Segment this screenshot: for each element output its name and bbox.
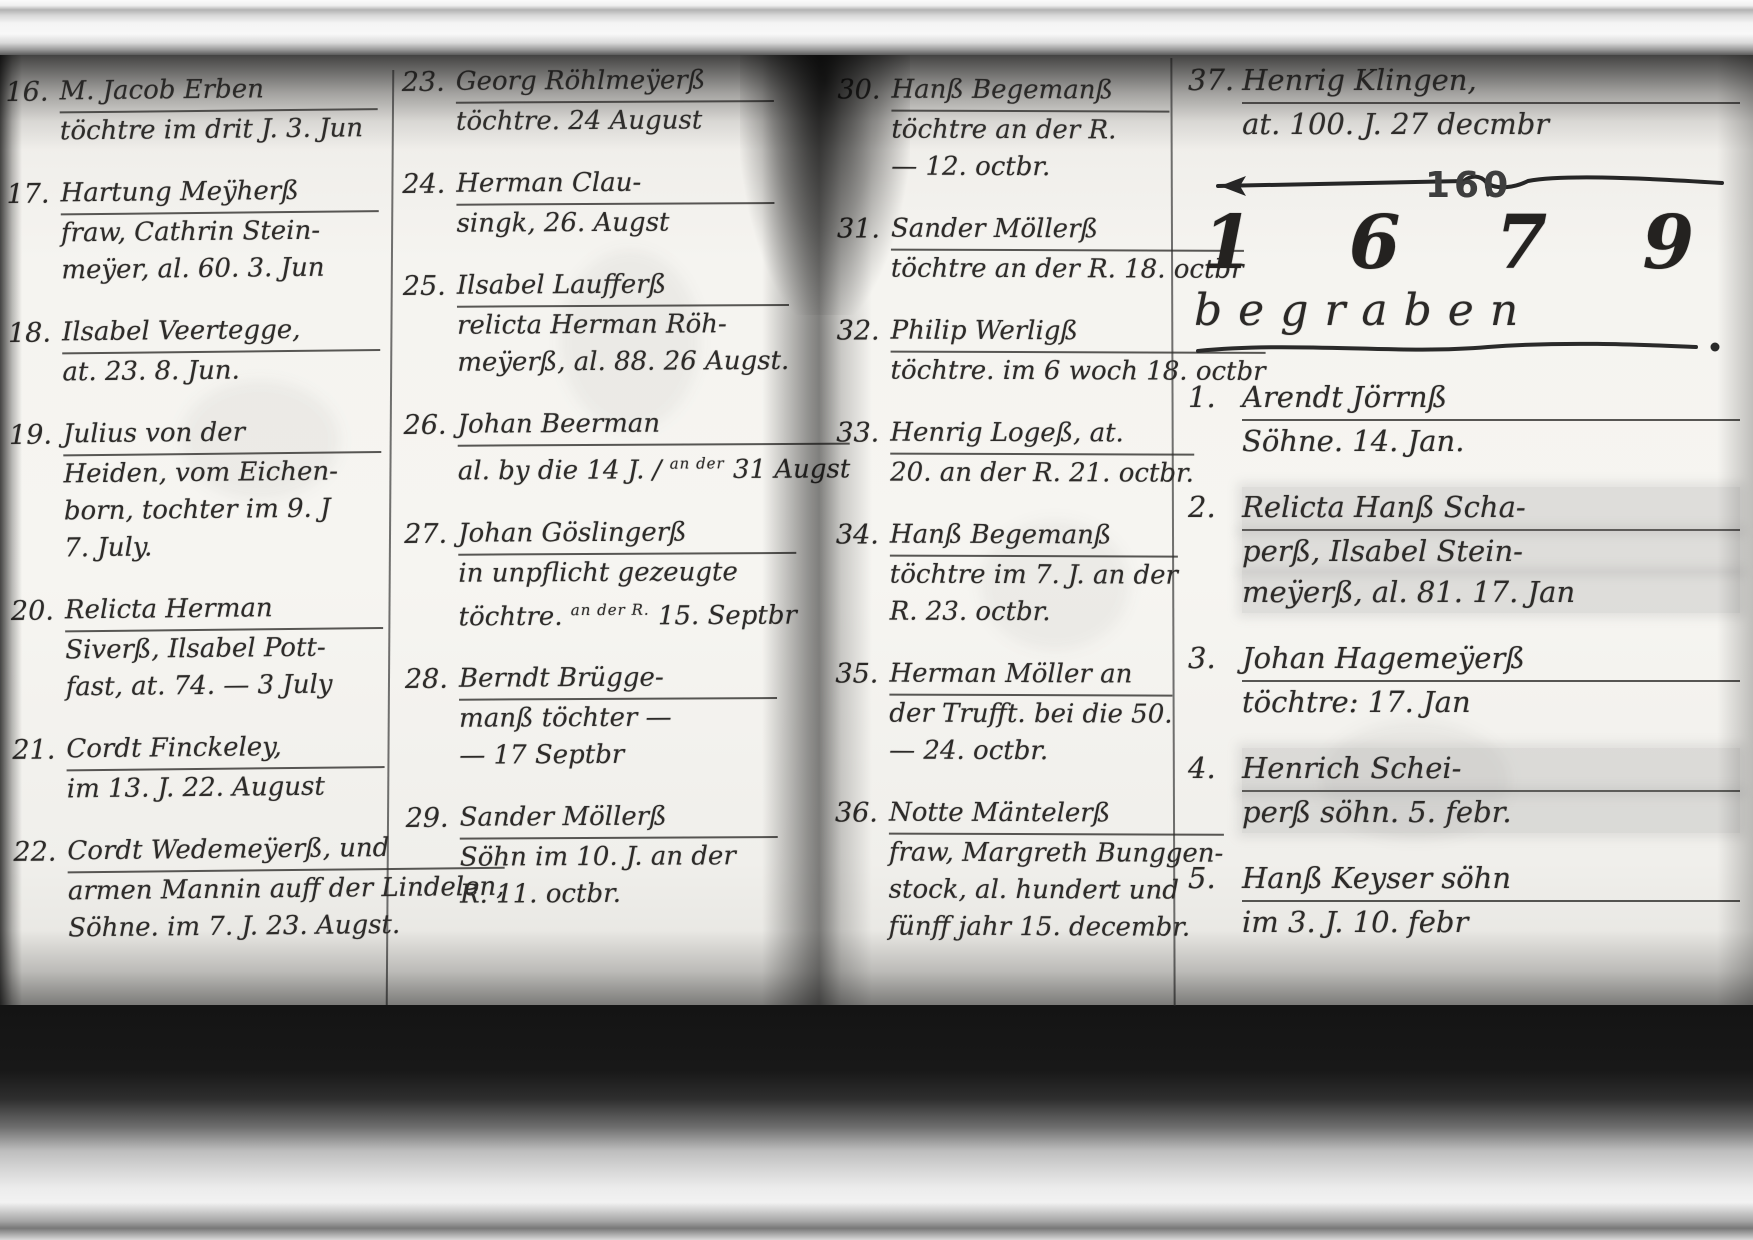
entry-number: 26. [404, 407, 450, 491]
register-entry: 33.Henrig Logeß, at.20. an der R. 21. oc… [836, 414, 1168, 492]
register-column-right-1: 30.Hanß Begemanßtöchtre an der R.— 12. o… [834, 71, 1169, 971]
entry-text: Ilsabel Veertegge,at. 23. 8. Jun. [62, 311, 381, 391]
register-entry: 28.Berndt Brügge-manß töchter —— 17 Sept… [405, 659, 778, 775]
entry-text: Hanß Keyser söhnim 3. J. 10. febr [1242, 858, 1740, 943]
entry-number: 16. [5, 73, 52, 150]
year-digit: 6 [1349, 203, 1401, 283]
entry-line: 7. July. [64, 527, 382, 567]
entry-text: Johan Beermanal. by die 14 J. / an der 3… [458, 405, 851, 491]
entry-line: Berndt Brügge- [459, 659, 777, 701]
flourish-underline-icon [1188, 337, 1728, 361]
entry-line: Relicta Hanß Scha- [1242, 487, 1740, 531]
entry-text: Hanß Begemanßtöchtre an der R.— 12. octb… [891, 72, 1169, 187]
register-entry: 32.Philip Werligßtöchtre. im 6 woch 18. … [836, 312, 1168, 390]
entry-line: born, tochter im 9. J [64, 490, 382, 530]
register-entry: 35.Herman Möller ander Trufft. bei die 5… [835, 655, 1167, 770]
page-number-stamp: 160 [1425, 165, 1512, 206]
entry-number: 37. [1188, 60, 1234, 145]
entry-line: — 12. octbr. [891, 149, 1169, 187]
entry-line: Hanß Begemanß [891, 72, 1169, 113]
entry-text: Julius von derHeiden, vom Eichen-born, t… [63, 413, 383, 567]
entry-number: 17. [6, 175, 53, 289]
entry-line: Cordt Finckeley, [66, 728, 384, 771]
register-entry: 20.Relicta HermanSiverß, Ilsabel Pott-fa… [11, 589, 384, 707]
register-entry: 26.Johan Beermanal. by die 14 J. / an de… [404, 405, 776, 491]
entry-number: 3. [1188, 638, 1234, 723]
entry-line: M. Jacob Erben [59, 70, 377, 113]
entry-line: Relicta Herman [65, 589, 383, 632]
register-entry: 31.Sander Möllerßtöchtre an der R. 18. o… [837, 210, 1169, 288]
entry-number: 32. [836, 312, 882, 389]
entry-line: Hanß Keyser söhn [1242, 858, 1740, 902]
entry-text: Arendt JörrnßSöhne. 14. Jan. [1242, 377, 1740, 462]
register-entry: 4.Henrich Schei-perß söhn. 5. febr. [1188, 748, 1740, 833]
entry-text: Johan Hagemeÿerßtöchtre: 17. Jan [1242, 638, 1740, 723]
entry-text: Notte Mäntelerßfraw, Margreth Bunggen-st… [889, 795, 1224, 947]
year-digit: 1 [1202, 203, 1254, 283]
entry-number: 5. [1188, 858, 1234, 943]
entry-text: Ilsabel Laufferßrelicta Herman Röh-meÿer… [457, 266, 790, 382]
entry-number: 34. [836, 516, 882, 630]
entry-line: at. 23. 8. Jun. [62, 351, 380, 391]
entry-line: Söhn im 10. J. an der [460, 838, 778, 877]
register-entry: 22.Cordt Wedemeÿerß, undarmen Mannin auf… [13, 830, 386, 948]
entry-line: 20. an der R. 21. octbr. [890, 455, 1194, 493]
entry-line: meÿer, al. 60. 3. Jun [61, 249, 379, 289]
register-column-left-1: 16.M. Jacob Erbentöchtre im drit J. 3. J… [5, 70, 386, 973]
entry-text: Relicta Hanß Scha-perß, Ilsabel Stein-me… [1242, 487, 1740, 613]
scanner-strip-top [0, 0, 1753, 55]
entry-number: 18. [8, 314, 55, 391]
entry-text: Relicta HermanSiverß, Ilsabel Pott-fast,… [65, 589, 384, 706]
entry-number: 19. [9, 416, 57, 567]
entry-line: — 17 Septbr [459, 736, 777, 775]
entry-line: al. by die 14 J. / an der 31 Augst [458, 445, 851, 491]
register-entry: 2.Relicta Hanß Scha-perß, Ilsabel Stein-… [1188, 487, 1740, 613]
entry-line: manß töchter — [459, 699, 777, 738]
entry-line: Notte Mäntelerß [889, 795, 1224, 836]
register-entry: 1.Arendt JörrnßSöhne. 14. Jan. [1188, 377, 1740, 462]
entry-line: singk, 26. Augst [456, 204, 774, 243]
entry-line: Söhne. 14. Jan. [1242, 421, 1740, 462]
entry-number: 23. [402, 64, 448, 141]
entry-text: Cordt Finckeley,im 13. J. 22. August [66, 728, 385, 808]
entry-line: perß, Ilsabel Stein- [1242, 531, 1740, 572]
register-entry: 25.Ilsabel Laufferßrelicta Herman Röh-me… [403, 266, 776, 382]
register-entry: 29.Sander MöllerßSöhn im 10. J. an derR.… [406, 798, 779, 914]
entry-text: Johan Göslingerßin unpflicht gezeugtetöc… [458, 514, 797, 636]
entry-text: Herman Clau-singk, 26. Augst [456, 164, 774, 243]
entry-line: Herman Möller an [889, 656, 1172, 697]
register-entry: 17.Hartung Meÿherßfraw, Cathrin Stein-me… [6, 172, 379, 290]
entry-line: fünff jahr 15. decembr. [889, 909, 1224, 947]
register-entry: 24.Herman Clau-singk, 26. Augst [402, 164, 774, 243]
entry-line: Siverß, Ilsabel Pott- [65, 629, 383, 669]
year-digit: 7 [1496, 203, 1548, 283]
entry-line: Ilsabel Veertegge, [62, 311, 380, 354]
superscript-note: an der R. [571, 600, 650, 618]
entry-text: Herman Möller ander Trufft. bei die 50.—… [889, 656, 1173, 771]
entry-line: Johan Hagemeÿerß [1242, 638, 1740, 682]
entry-line: im 13. J. 22. August [67, 768, 385, 808]
entry-line: at. 100. J. 27 decmbr [1242, 104, 1740, 145]
register-entry: 18.Ilsabel Veertegge,at. 23. 8. Jun. [8, 311, 381, 392]
entry-line: meÿerß, al. 81. 17. Jan [1242, 572, 1740, 613]
entry-number: 35. [835, 655, 881, 769]
entry-number: 1. [1188, 377, 1234, 462]
entry-line: töchtre: 17. Jan [1242, 682, 1740, 723]
entry-text: Berndt Brügge-manß töchter —— 17 Septbr [459, 659, 778, 775]
entry-text: Henrich Schei-perß söhn. 5. febr. [1242, 748, 1740, 833]
entry-number: 36. [835, 794, 882, 945]
entry-number: 20. [11, 592, 58, 706]
entry-line: Herman Clau- [456, 164, 774, 206]
entry-line: töchtre im 7. J. an der [890, 557, 1178, 595]
entry-line: der Trufft. bei die 50. [889, 696, 1172, 734]
entry-line: Julius von der [63, 413, 381, 456]
entry-text: Hanß Begemanßtöchtre im 7. J. an derR. 2… [890, 517, 1179, 632]
entry-line: Henrig Klingen, [1242, 60, 1740, 104]
entry-line: Ilsabel Laufferß [457, 266, 789, 308]
entry-line: töchtre. an der R. 15. Septbr [458, 591, 797, 636]
entry-text: Georg Röhlmeÿerßtöchtre. 24 August [456, 62, 774, 141]
entry-line: fast, at. 74. — 3 July [66, 666, 384, 706]
entry-line: Hartung Meÿherß [60, 172, 378, 215]
entry-line: Arendt Jörrnß [1242, 377, 1740, 421]
entry-number: 27. [404, 515, 451, 636]
register-entry: 23.Georg Röhlmeÿerßtöchtre. 24 August [402, 62, 774, 141]
register-entry: 37.Henrig Klingen,at. 100. J. 27 decmbr [1188, 60, 1740, 145]
entry-text: M. Jacob Erbentöchtre im drit J. 3. Jun [59, 70, 378, 150]
scanned-document: 16.M. Jacob Erbentöchtre im drit J. 3. J… [0, 0, 1753, 1240]
register-entry: 34.Hanß Begemanßtöchtre im 7. J. an derR… [836, 516, 1168, 631]
entry-line: fraw, Margreth Bunggen- [889, 835, 1224, 873]
entry-number: 22. [13, 833, 60, 947]
entry-line: töchtre. 24 August [456, 102, 774, 141]
entry-line: Johan Beerman [458, 405, 851, 447]
register-entry: 36.Notte Mäntelerßfraw, Margreth Bunggen… [835, 794, 1168, 946]
year-digit: 9 [1642, 203, 1694, 283]
entry-number: 2. [1188, 487, 1234, 613]
entry-text: Henrig Logeß, at.20. an der R. 21. octbr… [890, 415, 1194, 493]
section-title: begraben [1188, 285, 1740, 337]
entry-line: Sander Möllerß [460, 798, 778, 840]
register-entry: 27.Johan Göslingerßin unpflicht gezeugte… [404, 514, 777, 637]
entry-37-block: 37.Henrig Klingen,at. 100. J. 27 decmbr [1188, 60, 1740, 145]
burial-entries-1679: 1.Arendt JörrnßSöhne. 14. Jan.2.Relicta … [1188, 377, 1740, 943]
entry-line: töchtre an der R. [891, 112, 1169, 150]
entry-line: Georg Röhlmeÿerß [456, 62, 774, 104]
entry-number: 25. [403, 268, 450, 382]
entry-number: 28. [405, 661, 452, 775]
register-column-left-2: 23.Georg Röhlmeÿerßtöchtre. 24 August24.… [402, 62, 779, 939]
entry-line: R. 23. octbr. [890, 594, 1178, 632]
entry-number: 29. [406, 800, 453, 914]
entry-line: stock, al. hundert und [889, 872, 1224, 910]
entry-line: — 24. octbr. [889, 733, 1172, 771]
entry-line: in unpflicht gezeugte [458, 554, 797, 593]
scanner-strip-bottom [0, 1005, 1753, 1240]
entry-text: Henrig Klingen,at. 100. J. 27 decmbr [1242, 60, 1740, 145]
entry-line: Henrich Schei- [1242, 748, 1740, 792]
entry-line: Heiden, vom Eichen- [63, 453, 381, 493]
register-entry: 5.Hanß Keyser söhnim 3. J. 10. febr [1188, 858, 1740, 943]
entry-number: 24. [402, 166, 448, 243]
entry-line: Johan Göslingerß [458, 514, 797, 556]
register-entry: 16.M. Jacob Erbentöchtre im drit J. 3. J… [5, 70, 378, 151]
register-entry: 3.Johan Hagemeÿerßtöchtre: 17. Jan [1188, 638, 1740, 723]
entry-line: perß söhn. 5. febr. [1242, 792, 1740, 833]
superscript-note: an der [670, 454, 725, 472]
entry-number: 30. [837, 71, 883, 185]
year-heading: 1679 [1188, 203, 1740, 283]
entry-line: meÿerß, al. 88. 26 Augst. [457, 343, 789, 382]
entry-number: 4. [1188, 748, 1234, 833]
register-entry: 30.Hanß Begemanßtöchtre an der R.— 12. o… [837, 71, 1169, 186]
entry-number: 31. [837, 210, 883, 287]
entry-line: Hanß Begemanß [890, 517, 1178, 558]
entry-line: töchtre im drit J. 3. Jun [60, 110, 378, 150]
register-entry: 21.Cordt Finckeley,im 13. J. 22. August [12, 728, 385, 809]
entry-line: im 3. J. 10. febr [1242, 902, 1740, 943]
entry-text: Hartung Meÿherßfraw, Cathrin Stein-meÿer… [60, 172, 379, 289]
entry-number: 33. [836, 414, 882, 491]
register-entry: 19.Julius von derHeiden, vom Eichen-born… [9, 413, 383, 568]
entry-line: relicta Herman Röh- [457, 306, 789, 345]
entry-text: Sander MöllerßSöhn im 10. J. an derR. 11… [460, 798, 779, 914]
entry-number: 21. [12, 731, 59, 808]
entry-line: R. 11. octbr. [460, 875, 778, 914]
entry-line: fraw, Cathrin Stein- [61, 212, 379, 252]
entry-line: Henrig Logeß, at. [890, 415, 1194, 456]
